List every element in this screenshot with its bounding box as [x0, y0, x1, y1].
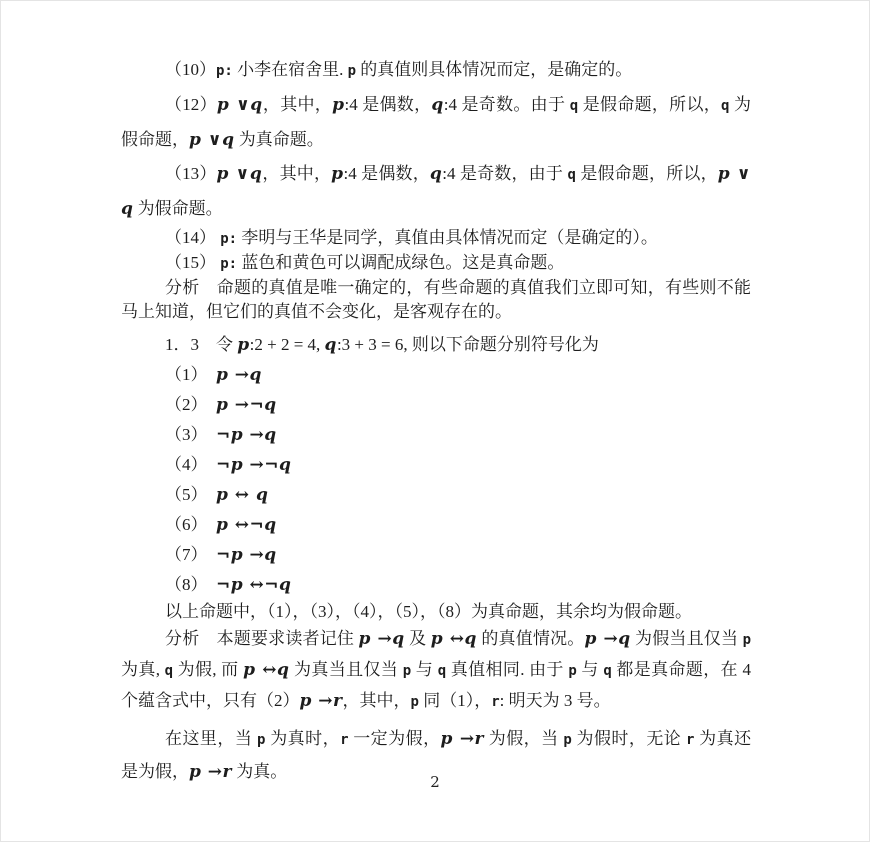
text-run: 为真时， — [265, 729, 340, 748]
text-run: 一定为假， — [349, 729, 441, 748]
text-run: ，其中， — [343, 691, 411, 710]
text-run: :4 是奇数，由于 — [442, 164, 567, 183]
text-run: （14） — [165, 228, 220, 247]
text-run: 及 — [405, 629, 431, 648]
text-run: ，其中， — [263, 95, 332, 114]
prop-variable: p — [563, 732, 571, 748]
text-run: 为假命题。 — [133, 199, 222, 218]
prop-variable: q — [570, 98, 578, 114]
math-expression: p — [237, 335, 249, 355]
text-run: :4 是偶数， — [344, 164, 430, 183]
item-15: （15） p: 蓝色和黄色可以调配成绿色。这是真命题。 — [121, 251, 751, 276]
formula-8: （8） ¬p ↔¬q — [121, 570, 751, 600]
formula-3: （3） ¬p →q — [121, 420, 751, 450]
text-run: （15） — [165, 253, 220, 272]
math-expression: p →q — [359, 629, 405, 649]
prop-variable: p: — [220, 231, 237, 247]
text-run: 分析 本题要求读者记住 — [165, 629, 359, 648]
prop-variable: p — [348, 63, 356, 79]
text-run: （4） — [165, 455, 216, 474]
math-expression: p ↔ q — [216, 485, 268, 505]
math-expression: p — [332, 95, 344, 115]
text-run: 1．3 令 — [165, 335, 237, 354]
text-run: 同（1）， — [419, 691, 491, 710]
text-run: 是假命题，所以， — [576, 164, 718, 183]
prop-variable: p — [743, 632, 751, 648]
text-run: （7） — [165, 545, 216, 564]
text-run: 是假命题，所以， — [578, 95, 721, 114]
math-expression: p →r — [300, 691, 343, 711]
prop-variable: p — [403, 663, 411, 679]
prop-variable: p — [568, 663, 576, 679]
text-run: （6） — [165, 515, 216, 534]
math-expression: p →q — [216, 365, 262, 385]
formula-2: （2） p →¬q — [121, 390, 751, 420]
text-run: ，其中， — [262, 164, 331, 183]
text-run: 与 — [411, 660, 438, 679]
formula-1: （1） p →q — [121, 360, 751, 390]
text-run: :4 是偶数， — [344, 95, 431, 114]
text-run: 为假，当 — [484, 729, 563, 748]
math-expression: p ∨q — [189, 130, 235, 150]
analysis-1: 分析 命题的真值是唯一确定的，有些命题的真值我们立即可知，有些则不能马上知道，但… — [121, 276, 751, 324]
math-expression: p →¬q — [216, 395, 277, 415]
math-expression: p — [331, 164, 343, 184]
item-14: （14） p: 李明与王华是同学，真值由具体情况而定（是确定的）。 — [121, 226, 751, 251]
document-page: （10）p: 小李在宿舍里. p 的真值则具体情况而定，是确定的。（12）p ∨… — [0, 0, 870, 842]
formula-7: （7） ¬p →q — [121, 540, 751, 570]
text-run: :2 + 2 = 4, — [250, 335, 325, 354]
text-run: 以上命题中，（1），（3），（4），（5），（8）为真命题，其余均为假命题。 — [165, 602, 692, 621]
item-10: （10）p: 小李在宿舍里. p 的真值则具体情况而定，是确定的。 — [121, 53, 751, 88]
text-run: 为真命题。 — [235, 130, 324, 149]
text-run: 为假, 而 — [173, 660, 243, 679]
text-run: （8） — [165, 575, 216, 594]
text-run: （3） — [165, 425, 216, 444]
text-run: 真值相同. 由于 — [446, 660, 568, 679]
text-run: 蓝色和黄色可以调配成绿色。这是真命题。 — [237, 253, 564, 272]
formula-6: （6） p ↔¬q — [121, 510, 751, 540]
text-run: : 明天为 3 号。 — [500, 691, 611, 710]
math-expression: p →q — [584, 629, 630, 649]
prop-variable: q — [438, 663, 446, 679]
text-run: 与 — [577, 660, 604, 679]
math-expression: p →r — [441, 729, 484, 749]
text-run: （12） — [165, 95, 217, 114]
item-12: （12）p ∨q，其中，p:4 是偶数，q:4 是奇数。由于 q 是假命题，所以… — [121, 88, 751, 157]
formula-4: （4） ¬p →¬q — [121, 450, 751, 480]
math-expression: p ∨q — [217, 95, 263, 115]
text-run: （1） — [165, 365, 216, 384]
math-expression: p ↔q — [243, 660, 289, 680]
prop-variable: p: — [216, 63, 233, 79]
text-run: （2） — [165, 395, 216, 414]
page-number: 2 — [1, 773, 869, 791]
math-expression: ¬p →¬q — [216, 455, 291, 475]
text-run: 在这里，当 — [165, 729, 257, 748]
math-expression: ¬p →q — [216, 545, 277, 565]
document-content: （10）p: 小李在宿舍里. p 的真值则具体情况而定，是确定的。（12）p ∨… — [121, 53, 751, 788]
formula-5: （5） p ↔ q — [121, 480, 751, 510]
prop-variable: p — [411, 694, 419, 710]
conclusion: 以上命题中，（1），（3），（4），（5），（8）为真命题，其余均为假命题。 — [121, 600, 751, 624]
text-run: :3 + 3 = 6, 则以下命题分别符号化为 — [337, 335, 599, 354]
prop-variable: p: — [220, 256, 237, 272]
math-expression: q — [431, 95, 443, 115]
item-13: （13）p ∨q，其中，p:4 是偶数，q:4 是奇数，由于 q 是假命题，所以… — [121, 157, 751, 226]
problem-1-3: 1．3 令 p:2 + 2 = 4, q:3 + 3 = 6, 则以下命题分别符… — [121, 330, 751, 360]
text-run: 为假当且仅当 — [631, 629, 743, 648]
math-expression: q — [430, 164, 442, 184]
prop-variable: r — [340, 732, 348, 748]
text-run: 为真, — [121, 660, 165, 679]
analysis-2: 分析 本题要求读者记住 p →q 及 p ↔q 的真值情况。p →q 为假当且仅… — [121, 624, 751, 717]
math-expression: p ∨q — [217, 164, 263, 184]
text-run: 为真当且仅当 — [289, 660, 402, 679]
text-run: （10） — [165, 60, 216, 79]
text-run: （5） — [165, 485, 216, 504]
math-expression: p ↔¬q — [216, 515, 277, 535]
text-run: 分析 命题的真值是唯一确定的，有些命题的真值我们立即可知，有些则不能马上知道，但… — [121, 278, 751, 321]
math-expression: ¬p ↔¬q — [216, 575, 291, 595]
text-run: （13） — [165, 164, 217, 183]
prop-variable: q — [567, 167, 575, 183]
math-expression: p ↔q — [431, 629, 477, 649]
math-expression: ¬p →q — [216, 425, 277, 445]
text-run: 的真值则具体情况而定，是确定的。 — [356, 60, 632, 79]
prop-variable: r — [491, 694, 499, 710]
prop-variable: q — [165, 663, 173, 679]
prop-variable: q — [603, 663, 611, 679]
text-run: 李明与王华是同学，真值由具体情况而定（是确定的）。 — [237, 228, 658, 247]
math-expression: q — [325, 335, 337, 355]
text-run: :4 是奇数。由于 — [444, 95, 570, 114]
text-run: 的真值情况。 — [477, 629, 585, 648]
text-run: 为假时，无论 — [572, 729, 686, 748]
text-run: 小李在宿舍里. — [233, 60, 348, 79]
